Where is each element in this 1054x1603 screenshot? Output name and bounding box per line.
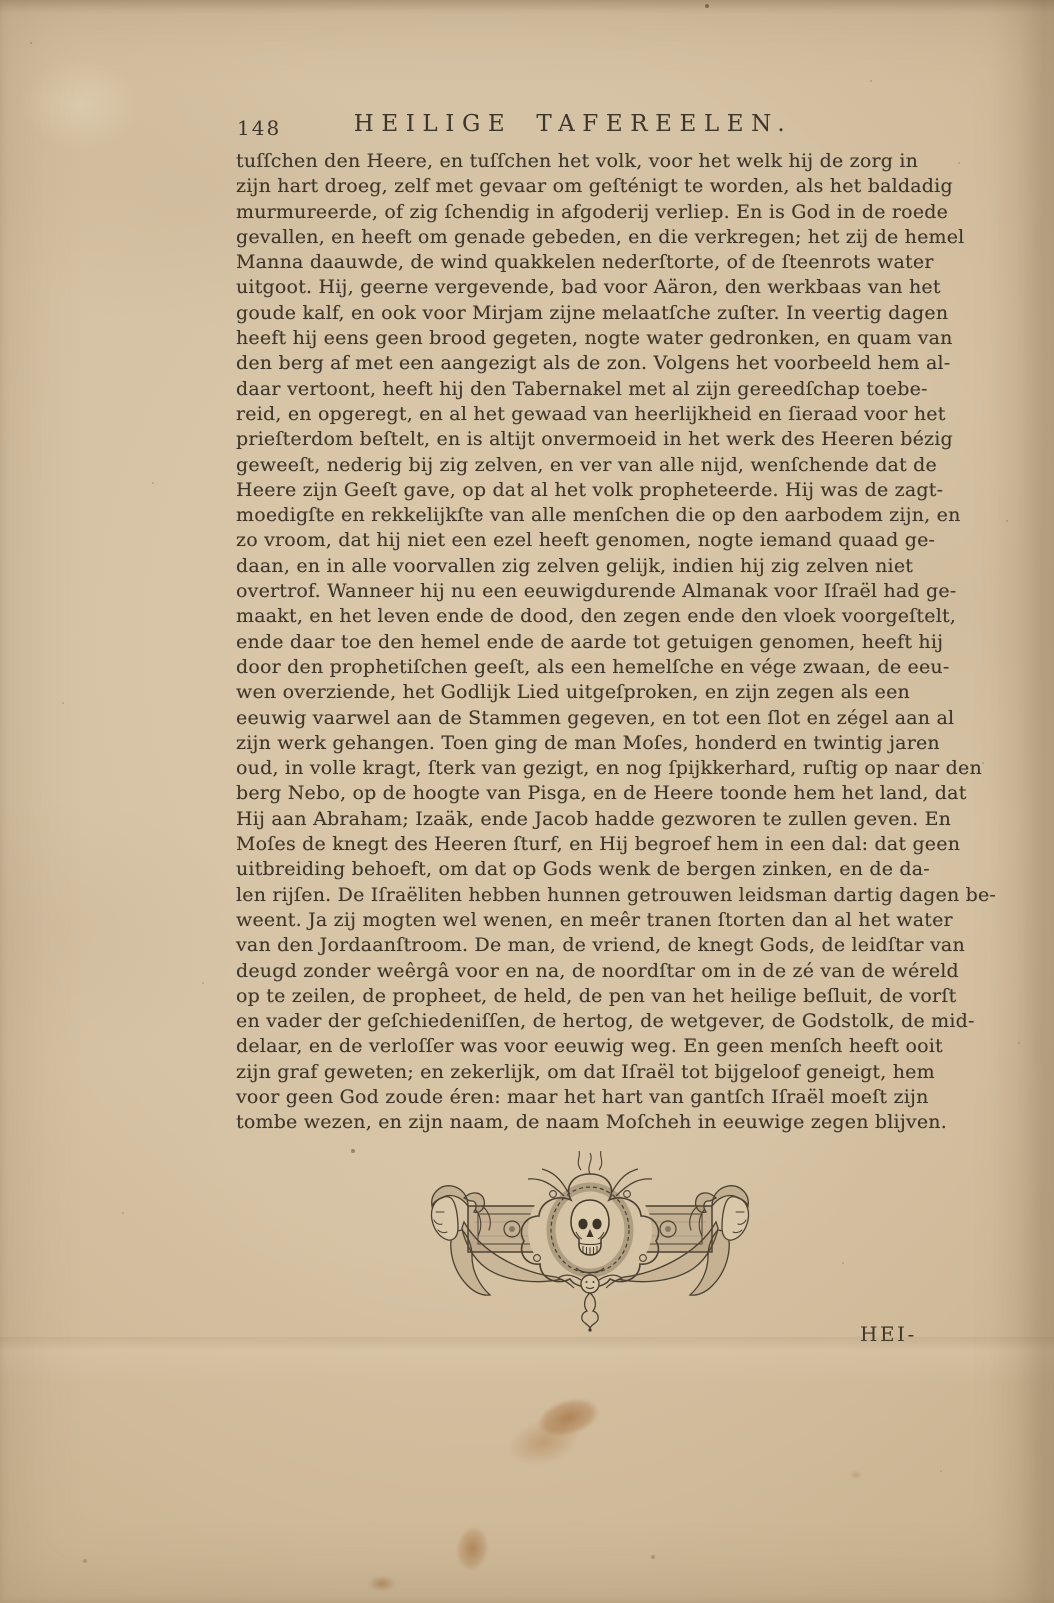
tailpiece-ornament xyxy=(390,1148,790,1333)
text-line-11: reid, en opgeregt, en al het gewaad van … xyxy=(236,402,910,427)
text-line-33: deugd zonder weêrgâ voor en na, de noord… xyxy=(236,959,910,984)
text-line-6: uitgoot. Hij, geerne vergevende, bad voo… xyxy=(236,275,910,300)
book-page: 148 HEILIGE TAFEREELEN. tuſſchen den Hee… xyxy=(0,0,1054,1603)
text-line-26: berg Nebo, op de hoogte van Pisga, en de… xyxy=(236,781,910,806)
body-text: tuſſchen den Heere, en tuſſchen het volk… xyxy=(236,149,910,1136)
paper-specks xyxy=(0,0,2,2)
rust-stain-small xyxy=(358,1566,406,1598)
text-line-34: op te zeilen, de propheet, de held, de p… xyxy=(236,984,910,1009)
text-line-7: goude kalf, en ook voor Mirjam zijne mel… xyxy=(236,301,910,326)
text-line-10: daar vertoont, heeft hij den Tabernakel … xyxy=(236,377,910,402)
page-edge-shadow-top xyxy=(0,0,1054,14)
text-line-21: door den prophetiſchen geeſt, als een he… xyxy=(236,655,910,680)
text-line-8: heeft hij eens geen brood gegeten, nogte… xyxy=(236,326,910,351)
text-line-27: Hij aan Abraham; Izaäk, ende Jacob hadde… xyxy=(236,807,910,832)
text-line-20: ende daar toe den hemel ende de aarde to… xyxy=(236,630,910,655)
text-line-4: gevallen, en heeft om genade gebeden, en… xyxy=(236,225,910,250)
text-line-29: uitbreiding behoeft, om dat op Gods wenk… xyxy=(236,857,910,882)
text-line-2: zijn hart droeg, zelf met gevaar om geſt… xyxy=(236,174,910,199)
text-line-17: daan, en in alle voorvallen zig zelven g… xyxy=(236,554,910,579)
text-line-38: voor geen God zoude éren: maar het hart … xyxy=(236,1085,910,1110)
text-line-13: geweeſt, nederig bij zig zelven, en ver … xyxy=(236,453,910,478)
text-line-37: zijn graf geweten; en zekerlijk, om dat … xyxy=(236,1060,910,1085)
text-line-14: Heere zijn Geeſt gave, op dat al het vol… xyxy=(236,478,910,503)
text-line-30: len rijſen. De Iſraëliten hebben hunnen … xyxy=(236,883,910,908)
cherub-pendant xyxy=(558,1275,622,1332)
text-line-31: weent. Ja zij mogten wel wenen, en meêr … xyxy=(236,908,910,933)
text-line-39: tombe wezen, en zijn naam, de naam Moſch… xyxy=(236,1110,910,1135)
text-line-35: en vader der geſchiedeniſſen, de hertog,… xyxy=(236,1009,910,1034)
running-title: HEILIGE TAFEREELEN. xyxy=(237,111,909,137)
text-line-23: eeuwig vaarwel aan de Stammen gegeven, e… xyxy=(236,706,910,731)
text-line-25: oud, in volle kragt, ſterk van gezigt, e… xyxy=(236,756,910,781)
text-line-3: murmureerde, of zig ſchendig in afgoderi… xyxy=(236,200,910,225)
rust-stain-dot xyxy=(846,1468,866,1482)
text-line-16: zo vroom, dat hij niet een ezel heeft ge… xyxy=(236,528,910,553)
text-line-36: delaar, en de verloſſer was voor eeuwig … xyxy=(236,1034,910,1059)
text-line-24: zijn werk gehangen. Toen ging de man Moſ… xyxy=(236,731,910,756)
page-edge-shadow-right xyxy=(990,0,1054,1603)
text-line-19: maakt, en het leven ende de dood, den ze… xyxy=(236,604,910,629)
text-line-32: van den Jordaanſtroom. De man, de vriend… xyxy=(236,933,910,958)
rust-stain-medium xyxy=(442,1515,503,1590)
text-line-5: Manna daauwde, de wind quakkelen nederſt… xyxy=(236,250,910,275)
catchword: HEI- xyxy=(860,1322,917,1346)
text-line-12: prieſterdom beſtelt, en is altijt onverm… xyxy=(236,427,910,452)
text-line-22: wen overziende, het Godlijk Lied uitgeſp… xyxy=(236,680,910,705)
text-line-9: den berg af met een aangezigt als de zon… xyxy=(236,351,910,376)
text-line-1: tuſſchen den Heere, en tuſſchen het volk… xyxy=(236,149,910,174)
text-line-15: moedigſte en rekkelijkſte van alle menſc… xyxy=(236,503,910,528)
rust-stain-large xyxy=(494,1378,623,1482)
text-line-28: Moſes de knegt des Heeren ſturf, en Hij … xyxy=(236,832,910,857)
text-line-18: overtrof. Wanneer hij nu een eeuwigduren… xyxy=(236,579,910,604)
